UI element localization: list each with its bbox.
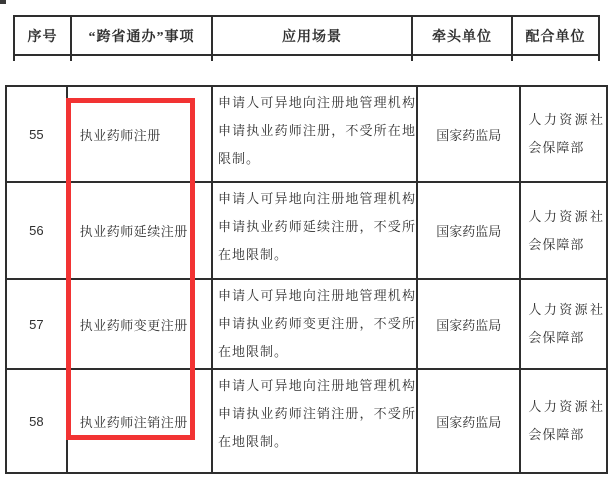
- header-cell-scenario: 应用场景: [213, 17, 413, 54]
- table-row: 57 执业药师变更注册 申请人可异地向注册地管理机构申请执业药师变更注册，不受所…: [7, 280, 606, 370]
- header-cell-lead: 牵头单位: [413, 17, 513, 54]
- cell-support: 人力资源社会保障部: [521, 87, 606, 181]
- cell-lead: 国家药监局: [418, 87, 521, 181]
- cell-item: 执业药师延续注册: [68, 183, 213, 278]
- cell-item: 执业药师注册: [68, 87, 213, 181]
- document-page: 序号 “跨省通办”事项 应用场景 牵头单位 配合单位 55 执业药师注册 申请人…: [0, 0, 615, 484]
- cell-scenario: 申请人可异地向注册地管理机构申请执业药师注销注册，不受所在地限制。: [213, 370, 418, 472]
- cell-scenario: 申请人可异地向注册地管理机构申请执业药师延续注册，不受所在地限制。: [213, 183, 418, 278]
- cell-lead: 国家药监局: [418, 280, 521, 368]
- cell-item: 执业药师变更注册: [68, 280, 213, 368]
- header-row: 序号 “跨省通办”事项 应用场景 牵头单位 配合单位: [15, 17, 598, 56]
- cell-item: 执业药师注销注册: [68, 370, 213, 472]
- header-row-stub: [15, 56, 598, 61]
- cell-lead: 国家药监局: [418, 183, 521, 278]
- header-cell-support: 配合单位: [513, 17, 598, 54]
- cell-scenario: 申请人可异地向注册地管理机构申请执业药师注册，不受所在地限制。: [213, 87, 418, 181]
- header-cell-serial: 序号: [15, 17, 72, 54]
- cell-support: 人力资源社会保障部: [521, 370, 606, 472]
- header-cell-item: “跨省通办”事项: [72, 17, 213, 54]
- header-table: 序号 “跨省通办”事项 应用场景 牵头单位 配合单位: [13, 15, 600, 61]
- cell-serial: 57: [7, 280, 68, 368]
- cell-serial: 56: [7, 183, 68, 278]
- cell-support: 人力资源社会保障部: [521, 280, 606, 368]
- cell-scenario: 申请人可异地向注册地管理机构申请执业药师变更注册，不受所在地限制。: [213, 280, 418, 368]
- table-row: 58 执业药师注销注册 申请人可异地向注册地管理机构申请执业药师注销注册，不受所…: [7, 370, 606, 472]
- cell-serial: 55: [7, 87, 68, 181]
- page-crop-artifact: [0, 0, 6, 4]
- cell-lead: 国家药监局: [418, 370, 521, 472]
- body-table: 55 执业药师注册 申请人可异地向注册地管理机构申请执业药师注册，不受所在地限制…: [5, 85, 608, 474]
- cell-serial: 58: [7, 370, 68, 472]
- table-row: 56 执业药师延续注册 申请人可异地向注册地管理机构申请执业药师延续注册，不受所…: [7, 183, 606, 280]
- table-row: 55 执业药师注册 申请人可异地向注册地管理机构申请执业药师注册，不受所在地限制…: [7, 87, 606, 183]
- cell-support: 人力资源社会保障部: [521, 183, 606, 278]
